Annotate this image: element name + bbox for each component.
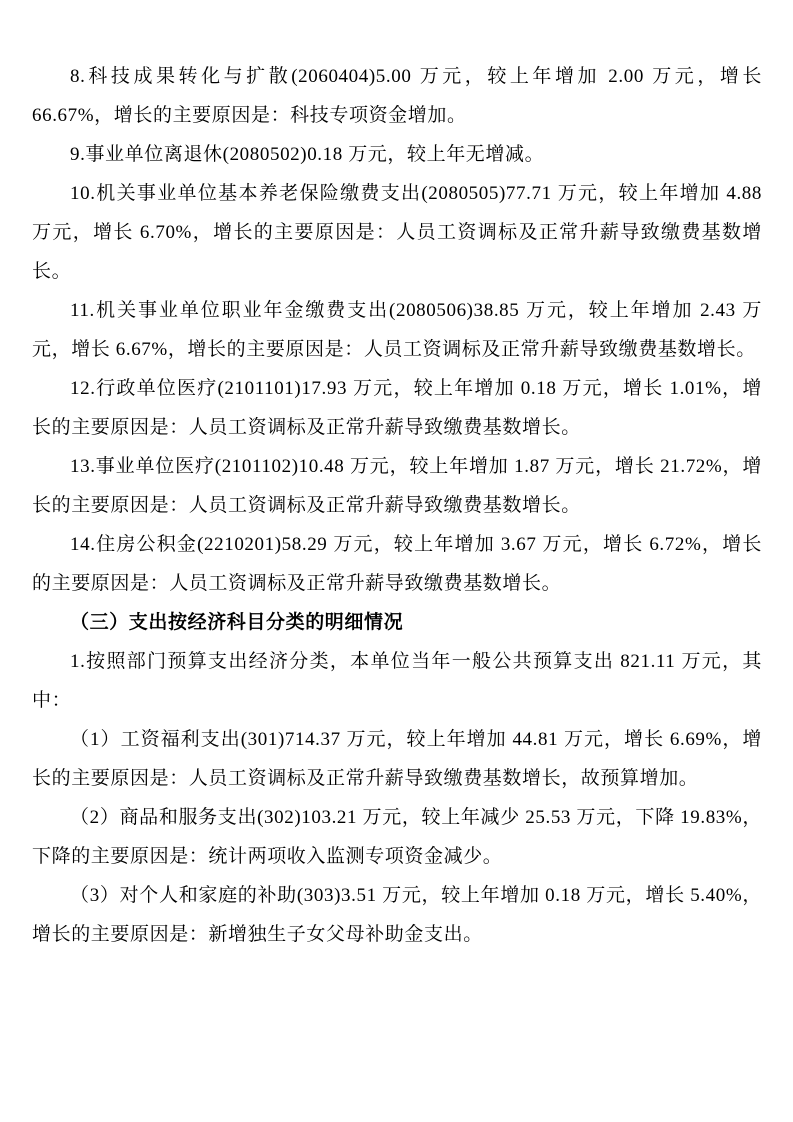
- document-page: 8.科技成果转化与扩散(2060404)5.00 万元，较上年增加 2.00 万…: [0, 0, 793, 1122]
- paragraph-item-301-wages-welfare: （1）工资福利支出(301)714.37 万元，较上年增加 44.81 万元，增…: [32, 720, 762, 798]
- paragraph-item-302-goods-services: （2）商品和服务支出(302)103.21 万元，较上年减少 25.53 万元，…: [32, 798, 762, 876]
- paragraph-item-8-tech-transfer: 8.科技成果转化与扩散(2060404)5.00 万元，较上年增加 2.00 万…: [32, 57, 762, 135]
- section-heading-economic-classification: （三）支出按经济科目分类的明细情况: [32, 603, 762, 642]
- paragraph-item-13-institution-medical: 13.事业单位医疗(2101102)10.48 万元，较上年增加 1.87 万元…: [32, 447, 762, 525]
- paragraph-item-1-total-budget: 1.按照部门预算支出经济分类，本单位当年一般公共预算支出 821.11 万元，其…: [32, 642, 762, 720]
- paragraph-item-14-housing-fund: 14.住房公积金(2210201)58.29 万元，较上年增加 3.67 万元，…: [32, 525, 762, 603]
- paragraph-item-303-individual-family-subsidy: （3）对个人和家庭的补助(303)3.51 万元，较上年增加 0.18 万元，增…: [32, 876, 762, 954]
- paragraph-item-10-basic-pension: 10.机关事业单位基本养老保险缴费支出(2080505)77.71 万元，较上年…: [32, 174, 762, 291]
- paragraph-item-11-occupational-annuity: 11.机关事业单位职业年金缴费支出(2080506)38.85 万元，较上年增加…: [32, 291, 762, 369]
- paragraph-item-12-admin-medical: 12.行政单位医疗(2101101)17.93 万元，较上年增加 0.18 万元…: [32, 369, 762, 447]
- paragraph-item-9-retirement: 9.事业单位离退休(2080502)0.18 万元，较上年无增减。: [32, 135, 762, 174]
